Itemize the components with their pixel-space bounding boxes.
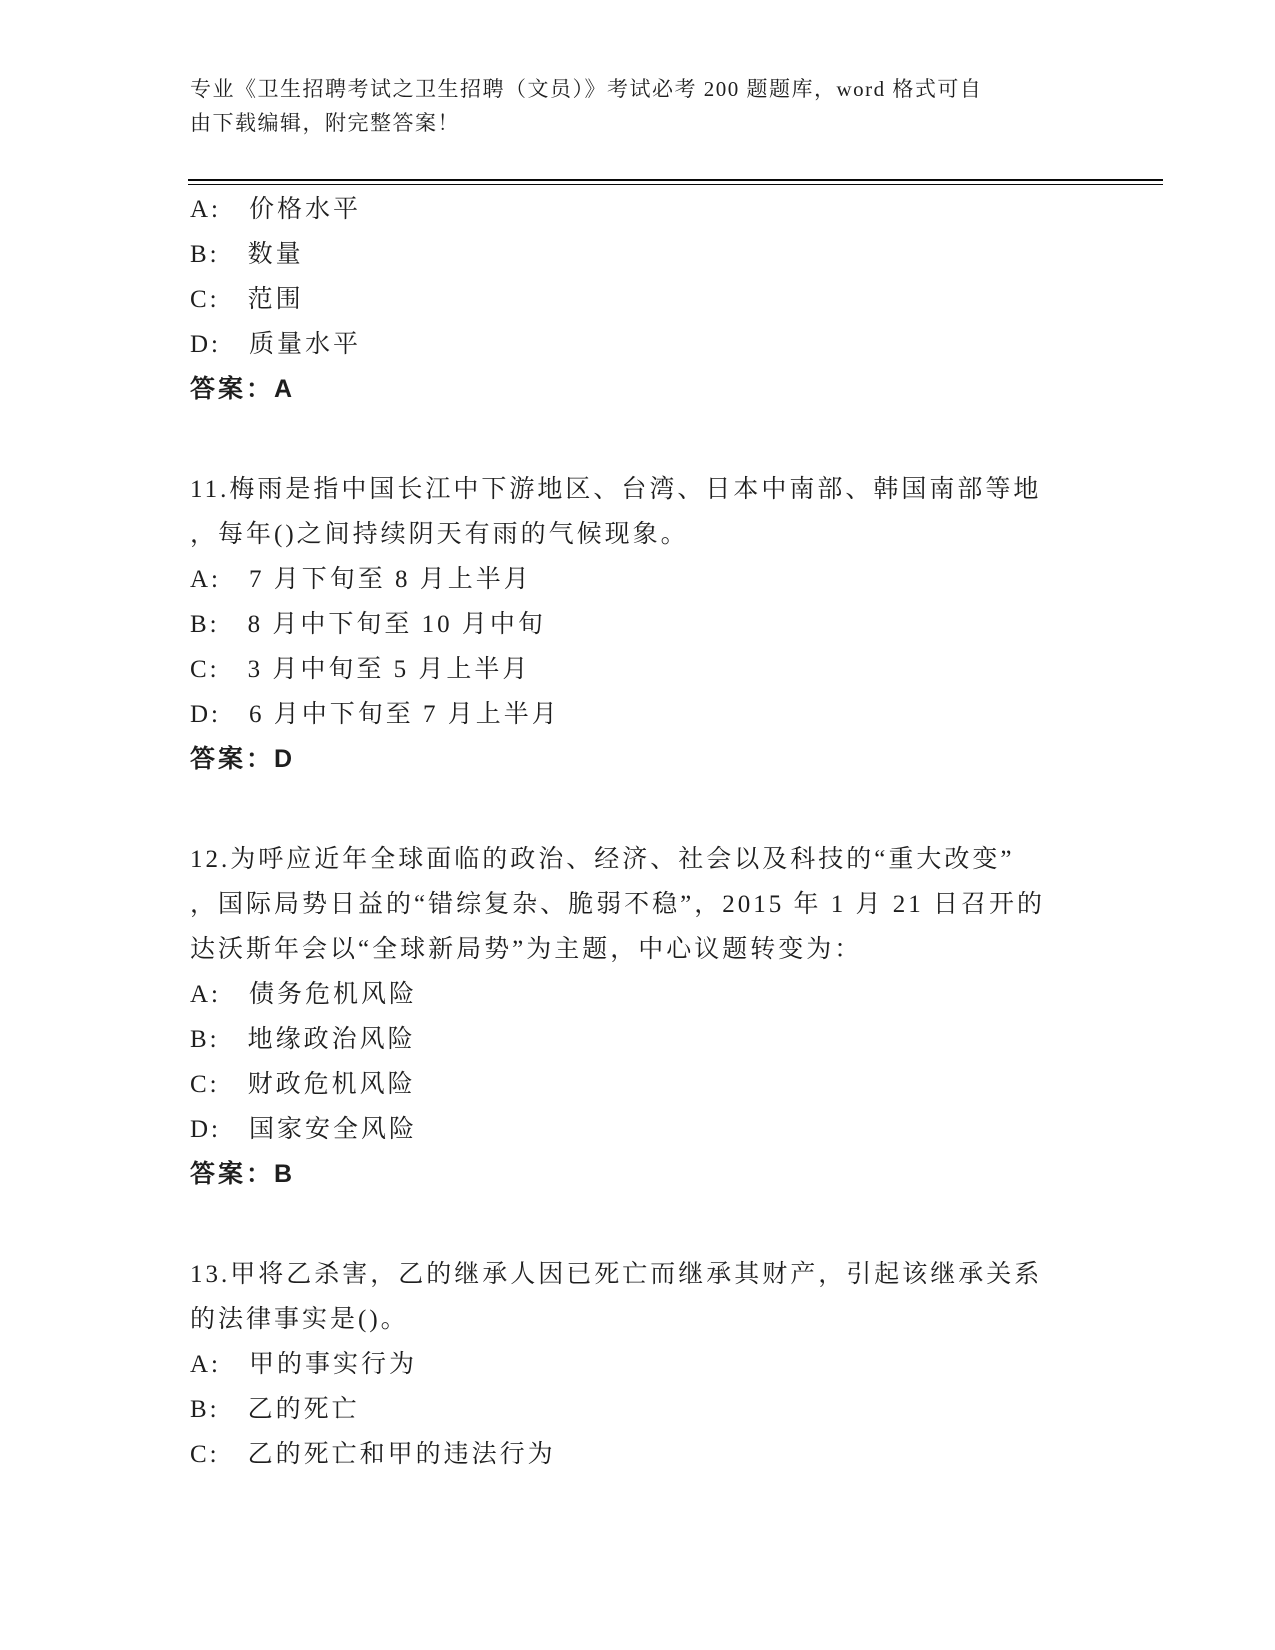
question-stem-line: ，国际局势日益的“错综复杂、脆弱不稳”，2015 年 1 月 21 日召开的 <box>190 882 1200 927</box>
option-a: A: 价格水平 <box>190 187 1200 232</box>
page-header: 专业《卫生招聘考试之卫生招聘（文员）》考试必考 200 题题库，word 格式可… <box>190 72 1175 140</box>
answer-label: 答案： <box>190 745 274 773</box>
answer-label: 答案： <box>190 1160 274 1188</box>
option-b: B: 8 月中下旬至 10 月中旬 <box>190 602 1200 647</box>
option-b: B: 数量 <box>190 232 1200 277</box>
option-a: A: 甲的事实行为 <box>190 1342 1200 1387</box>
header-separator-line <box>188 179 1163 185</box>
option-a: A: 7 月下旬至 8 月上半月 <box>190 557 1200 602</box>
option-d: D: 6 月中下旬至 7 月上半月 <box>190 692 1200 737</box>
question-block-12: 12.为呼应近年全球面临的政治、经济、社会以及科技的“重大改变” ，国际局势日益… <box>190 837 1200 1197</box>
option-c: C: 范围 <box>190 277 1200 322</box>
answer-label: 答案： <box>190 375 274 403</box>
option-a: A: 债务危机风险 <box>190 972 1200 1017</box>
option-d: D: 国家安全风险 <box>190 1107 1200 1152</box>
option-c: C: 财政危机风险 <box>190 1062 1200 1107</box>
question-stem-line: 达沃斯年会以“全球新局势”为主题，中心议题转变为： <box>190 927 1200 972</box>
header-title-line-2: 由下载编辑，附完整答案！ <box>190 106 1175 140</box>
question-stem-line: 的法律事实是()。 <box>190 1297 1200 1342</box>
question-stem-line: 13.甲将乙杀害，乙的继承人因已死亡而继承其财产，引起该继承关系 <box>190 1252 1200 1297</box>
header-title-line-1: 专业《卫生招聘考试之卫生招聘（文员）》考试必考 200 题题库，word 格式可… <box>190 72 1175 106</box>
option-b: B: 地缘政治风险 <box>190 1017 1200 1062</box>
answer-line: 答案：D <box>190 737 1200 782</box>
answer-value: B <box>274 1160 295 1188</box>
question-block-11: 11.梅雨是指中国长江中下游地区、台湾、日本中南部、韩国南部等地 ，每年()之间… <box>190 467 1200 782</box>
answer-value: D <box>274 745 295 773</box>
option-c: C: 3 月中旬至 5 月上半月 <box>190 647 1200 692</box>
question-stem-line: 11.梅雨是指中国长江中下游地区、台湾、日本中南部、韩国南部等地 <box>190 467 1200 512</box>
answer-line: 答案：A <box>190 367 1200 412</box>
question-block-10: A: 价格水平 B: 数量 C: 范围 D: 质量水平 答案：A <box>190 187 1200 412</box>
document-page: 专业《卫生招聘考试之卫生招聘（文员）》考试必考 200 题题库，word 格式可… <box>0 0 1275 1650</box>
document-body: A: 价格水平 B: 数量 C: 范围 D: 质量水平 答案：A 11.梅雨是指… <box>190 187 1200 1477</box>
option-c: C: 乙的死亡和甲的违法行为 <box>190 1432 1200 1477</box>
option-d: D: 质量水平 <box>190 322 1200 367</box>
question-stem-line: 12.为呼应近年全球面临的政治、经济、社会以及科技的“重大改变” <box>190 837 1200 882</box>
option-b: B: 乙的死亡 <box>190 1387 1200 1432</box>
answer-line: 答案：B <box>190 1152 1200 1197</box>
question-block-13: 13.甲将乙杀害，乙的继承人因已死亡而继承其财产，引起该继承关系 的法律事实是(… <box>190 1252 1200 1477</box>
answer-value: A <box>274 375 295 403</box>
question-stem-line: ，每年()之间持续阴天有雨的气候现象。 <box>190 512 1200 557</box>
